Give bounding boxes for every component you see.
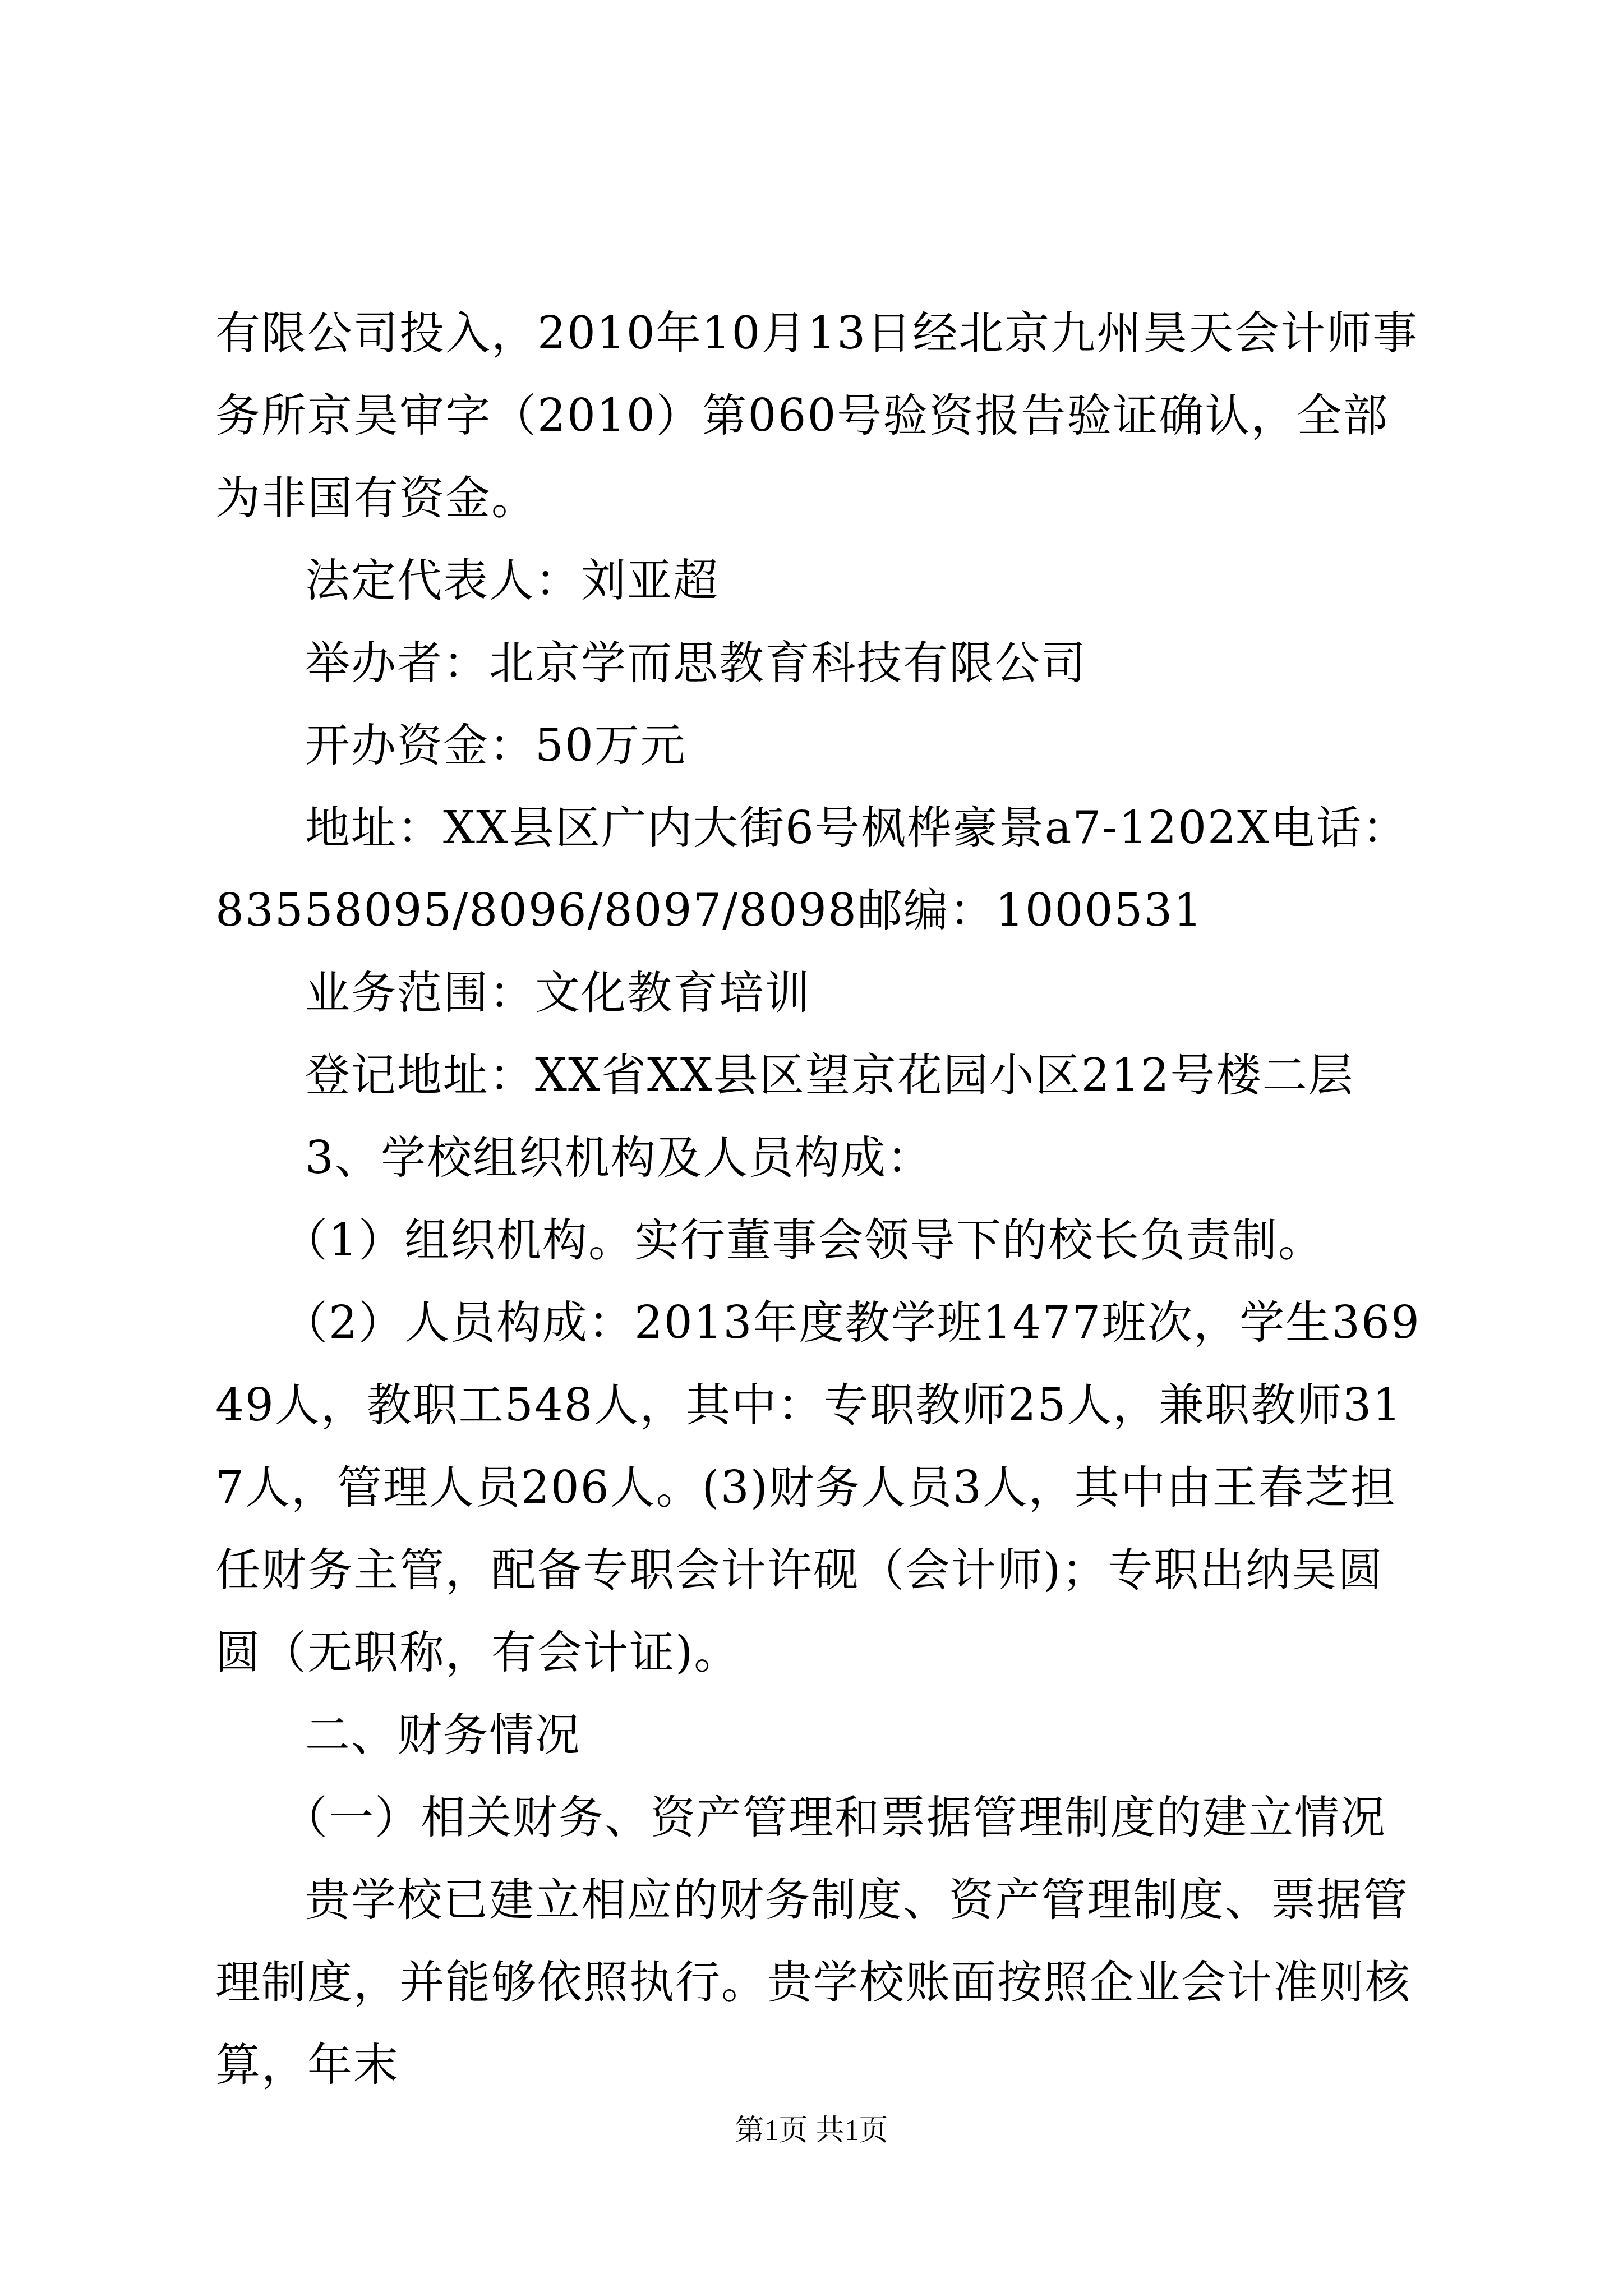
document-body: 有限公司投入，2010年10月13日经北京九州昊天会计师事务所京昊审字（2010… [215, 292, 1427, 2106]
page-footer: 第1页 共1页 [0, 2106, 1623, 2148]
section-heading-financial: 二、财务情况 [215, 1694, 1427, 1776]
paragraph-business-scope: 业务范围：文化教育培训 [215, 951, 1427, 1034]
paragraph-legal-representative: 法定代表人：刘亚超 [215, 539, 1427, 622]
paragraph-startup-funds: 开办资金：50万元 [215, 704, 1427, 786]
section-heading-organization: 3、学校组织机构及人员构成： [215, 1116, 1427, 1199]
paragraph-organization-structure: （1）组织机构。实行董事会领导下的校长负责制。 [215, 1199, 1427, 1281]
document-page: 有限公司投入，2010年10月13日经北京九州昊天会计师事务所京昊审字（2010… [0, 0, 1623, 2296]
paragraph-sponsor: 举办者：北京学而思教育科技有限公司 [215, 622, 1427, 704]
paragraph-registered-address: 登记地址：XX省XX县区望京花园小区212号楼二层 [215, 1034, 1427, 1116]
paragraph-financial-systems: 贵学校已建立相应的财务制度、资产管理制度、票据管理制度，并能够依照执行。贵学校账… [215, 1858, 1427, 2106]
paragraph-capital-source: 有限公司投入，2010年10月13日经北京九州昊天会计师事务所京昊审字（2010… [215, 292, 1427, 539]
paragraph-address-phone: 地址：XX县区广内大街6号枫桦豪景a7-1202X电话：83558095/809… [215, 786, 1427, 951]
paragraph-staff-composition: （2）人员构成：2013年度教学班1477班次，学生36949人，教职工548人… [215, 1281, 1427, 1694]
subsection-heading-management-systems: （一）相关财务、资产管理和票据管理制度的建立情况 [215, 1776, 1427, 1858]
